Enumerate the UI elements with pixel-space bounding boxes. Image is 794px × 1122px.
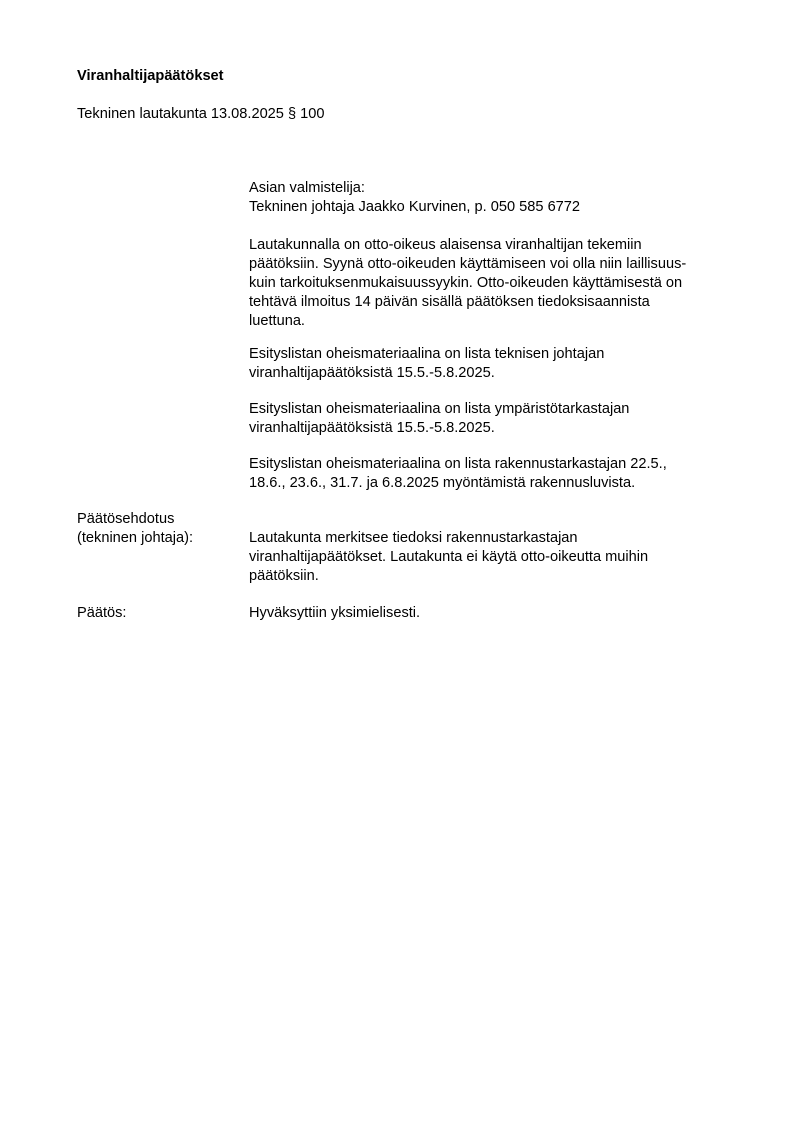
proposal-label-line2: (tekninen johtaja):: [77, 529, 193, 548]
decision-text: Hyväksyttiin yksimielisesti.: [249, 604, 729, 623]
text-line: Esityslistan oheismateriaalina on lista …: [249, 345, 729, 364]
meeting-reference: Tekninen lautakunta 13.08.2025 § 100: [77, 105, 325, 124]
decision-label: Päätös:: [77, 604, 127, 623]
proposal-text: Lautakunta merkitsee tiedoksi rakennusta…: [249, 529, 729, 586]
document-title: Viranhaltijapäätökset: [77, 67, 224, 86]
preparer-label: Asian valmistelija:: [249, 179, 729, 198]
text-line: viranhaltijapäätöksistä 15.5.-5.8.2025.: [249, 364, 729, 383]
paragraph-tekninen-johtaja: Esityslistan oheismateriaalina on lista …: [249, 345, 729, 383]
text-line: Lautakunnalla on otto-oikeus alaisensa v…: [249, 236, 729, 255]
proposal-label-line1: Päätösehdotus: [77, 510, 174, 529]
text-line: Lautakunta merkitsee tiedoksi rakennusta…: [249, 529, 729, 548]
text-line: viranhaltijapäätöksistä 15.5.-5.8.2025.: [249, 419, 729, 438]
text-line: Esityslistan oheismateriaalina on lista …: [249, 455, 729, 474]
text-line: tehtävä ilmoitus 14 päivän sisällä päätö…: [249, 293, 729, 312]
text-line: viranhaltijapäätökset. Lautakunta ei käy…: [249, 548, 729, 567]
text-line: 18.6., 23.6., 31.7. ja 6.8.2025 myöntämi…: [249, 474, 729, 493]
text-line: päätöksiin. Syynä otto-oikeuden käyttämi…: [249, 255, 729, 274]
paragraph-otto-oikeus: Lautakunnalla on otto-oikeus alaisensa v…: [249, 236, 729, 331]
decision-text-block: Hyväksyttiin yksimielisesti.: [249, 604, 729, 623]
preparer-block: Asian valmistelija: Tekninen johtaja Jaa…: [249, 179, 729, 217]
text-line: päätöksiin.: [249, 567, 729, 586]
paragraph-ymparistotarkastaja: Esityslistan oheismateriaalina on lista …: [249, 400, 729, 438]
text-line: luettuna.: [249, 312, 729, 331]
preparer-name: Tekninen johtaja Jaakko Kurvinen, p. 050…: [249, 198, 729, 217]
text-line: kuin tarkoituksenmukaisuussyykin. Otto-o…: [249, 274, 729, 293]
paragraph-rakennustarkastaja: Esityslistan oheismateriaalina on lista …: [249, 455, 729, 493]
text-line: Esityslistan oheismateriaalina on lista …: [249, 400, 729, 419]
